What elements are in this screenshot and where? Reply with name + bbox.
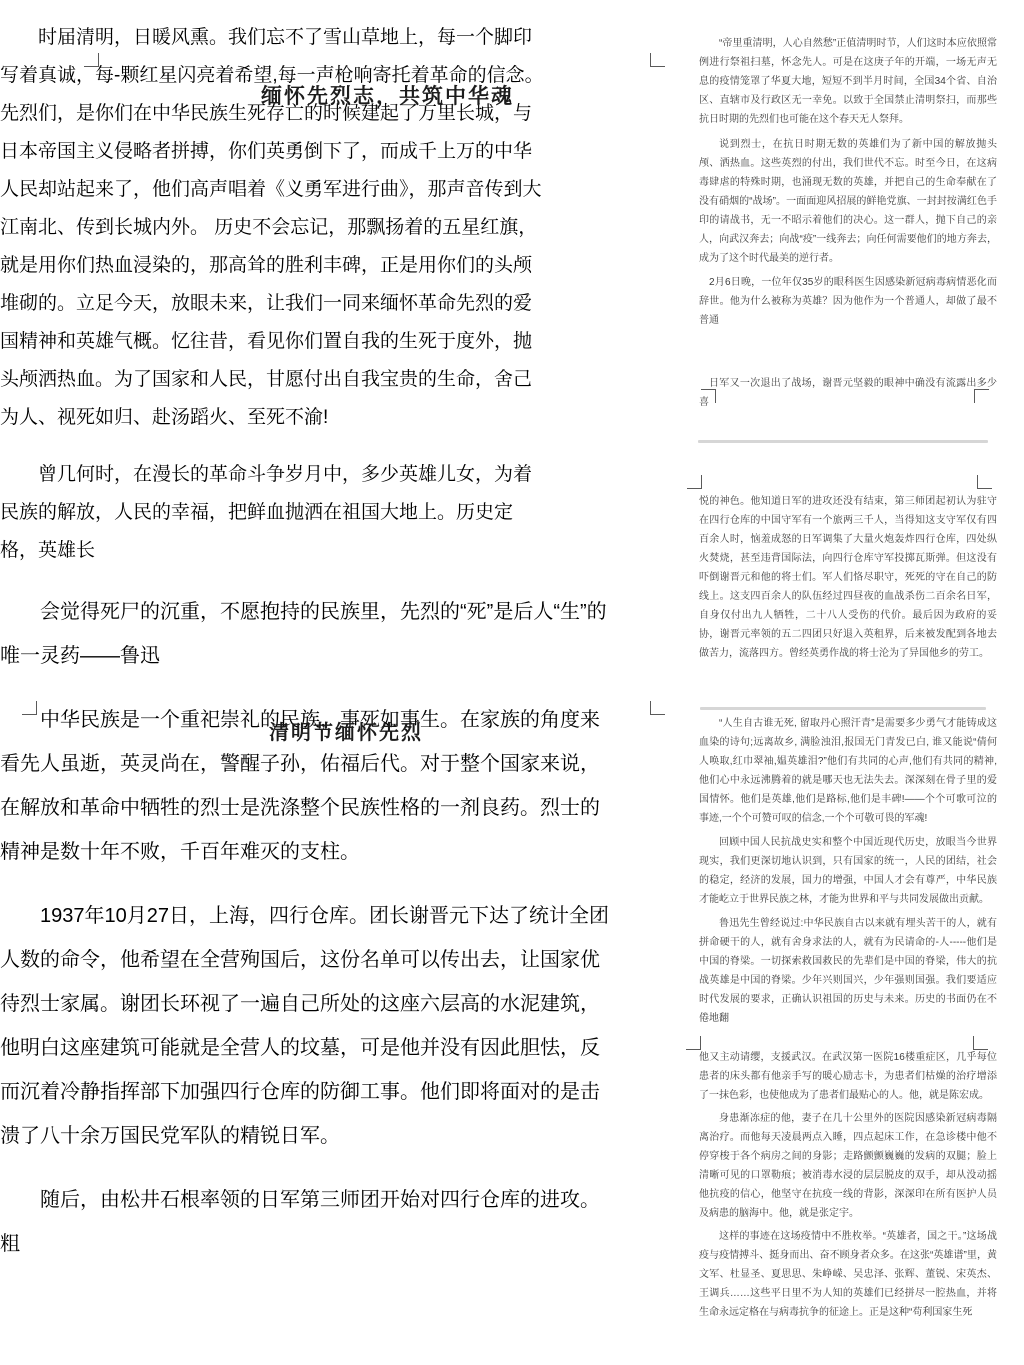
paragraph: 随后，由松井石根率领的日军第三师团开始对四行仓库的进攻。粗 <box>0 1178 612 1266</box>
crop-mark-top-left-page1 <box>84 53 99 67</box>
paragraph: 曾几何时，在漫长的革命斗争岁月中，多少英雄儿女，为着民族的解放，人民的幸福，把鲜… <box>0 456 545 570</box>
crop-mark-top-right-page1 <box>650 53 665 67</box>
crop-mark-top-left-preview2 <box>687 475 702 489</box>
paragraph: “人生自古谁无死, 留取丹心照汗青”是需要多少勇气才能铸成这血染的诗句;远离故乡… <box>699 714 997 828</box>
preview-page-3[interactable]: “人生自古谁无死, 留取丹心照汗青”是需要多少勇气才能铸成这血染的诗句;远离故乡… <box>699 714 997 1028</box>
page-gap-divider <box>698 440 988 443</box>
paragraph: 回顾中国人民抗战史实和整个中国近现代历史，放眼当今世界现实，我们更深切地认识到，… <box>699 833 997 909</box>
paragraph: 2月6日晚，一位年仅35岁的眼科医生因感染新冠病毒病情恶化而辞世。他为什么被称为… <box>699 273 997 330</box>
document-view: 缅怀先烈志，共筑中华魂 时届清明，日暖风熏。我们忘不了雪山草地上，每一个脚印写着… <box>0 0 1024 1365</box>
preview-page-4[interactable]: 他又主动请缨，支援武汉。在武汉第一医院16楼重症区，几乎每位患者的床头都有他亲手… <box>699 1048 997 1322</box>
paragraph: “帝里重清明，人心自然愁”正值清明时节，人们这时本应依照常例进行祭祖扫墓，怀念先… <box>699 34 997 129</box>
preview-page-1[interactable]: “帝里重清明，人心自然愁”正值清明时节，人们这时本应依照常例进行祭祖扫墓，怀念先… <box>699 34 997 412</box>
paragraph: 身患渐冻症的他，妻子在几十公里外的医院因感染新冠病毒隔离治疗。而他每天凌晨两点入… <box>699 1109 997 1223</box>
crop-mark-top-left-page2 <box>22 701 37 715</box>
paragraph: 这样的事迹在这场疫情中不胜枚举。“英雄者，国之干。”这场战疫与疫情搏斗、挺身而出… <box>699 1227 997 1322</box>
page-gap-divider <box>700 707 986 710</box>
crop-mark-bottom-left-preview1 <box>701 389 716 403</box>
paragraph: 说到烈士，在抗日时期无数的英雄们为了新中国的解放抛头颅、洒热血。这些英烈的付出，… <box>699 135 997 268</box>
crop-mark-top-right-page2 <box>650 701 665 715</box>
paragraph: 1937年10月27日，上海，四行仓库。团长谢晋元下达了统计全团人数的命令，他希… <box>0 894 612 1158</box>
paragraph: 悦的神色。他知道日军的进攻还没有结束，第三师团起初认为驻守在四行仓库的中国守军有… <box>699 492 997 663</box>
page-title: 缅怀先烈志，共筑中华魂 <box>115 80 660 110</box>
paragraph: 会觉得死尸的沉重，不愿抱持的民族里，先烈的“死”是后人“生”的唯一灵药——鲁迅 <box>0 590 612 678</box>
paragraph: 日军又一次退出了战场，谢晋元坚毅的眼神中确没有流露出多少喜 <box>699 374 997 412</box>
crop-mark-bottom-right-preview1 <box>974 389 989 403</box>
paragraph: 他又主动请缨，支援武汉。在武汉第一医院16楼重症区，几乎每位患者的床头都有他亲手… <box>699 1048 997 1105</box>
page-title: 清明节缅怀先烈 <box>40 716 652 745</box>
crop-mark-top-right-preview2 <box>977 475 992 489</box>
preview-page-2[interactable]: 悦的神色。他知道日军的进攻还没有结束，第三师团起初认为驻守在四行仓库的中国守军有… <box>699 492 997 663</box>
document-page-2[interactable]: 会觉得死尸的沉重，不愿抱持的民族里，先烈的“死”是后人“生”的唯一灵药——鲁迅 … <box>0 590 612 1266</box>
paragraph: 鲁迅先生曾经说过:中华民族自古以来就有埋头苦干的人，就有拼命硬干的人，就有舍身求… <box>699 914 997 1028</box>
